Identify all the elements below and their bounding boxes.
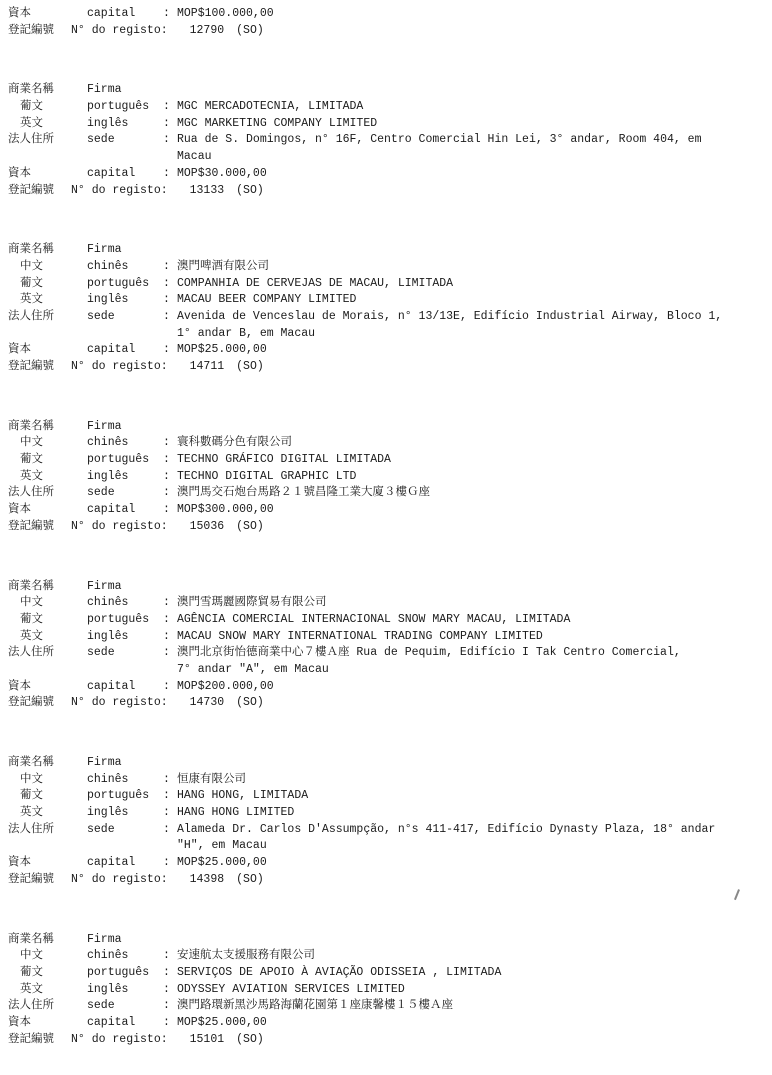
label-cjk: 法人住所	[8, 822, 87, 839]
label-latin: N° do registo:	[71, 1032, 168, 1049]
row-portuguese-name: 葡文português:SERVIÇOS DE APOIO À AVIAÇÃO …	[8, 965, 772, 982]
label-latin: N° do registo:	[71, 519, 168, 536]
label-cjk: 商業名稱	[8, 419, 87, 436]
registo-number: 13133	[190, 183, 225, 200]
label-latin: chinês	[87, 259, 163, 276]
label-latin: N° do registo:	[71, 183, 168, 200]
label-latin: capital	[87, 342, 163, 359]
row-registo: 登記編號N° do registo:13133(SO)	[8, 183, 772, 200]
label-cjk: 商業名稱	[8, 82, 87, 99]
colon: :	[163, 309, 177, 326]
label-latin: N° do registo:	[71, 359, 168, 376]
value: HANG HONG, LIMITADA	[177, 788, 772, 805]
label-cjk: 商業名稱	[8, 932, 87, 949]
registo-suffix: (SO)	[236, 872, 264, 889]
colon: :	[163, 99, 177, 116]
label-latin: sede	[87, 132, 163, 149]
value: "H", em Macau	[177, 838, 772, 855]
label-latin: chinês	[87, 435, 163, 452]
colon: :	[163, 502, 177, 519]
colon: :	[163, 645, 177, 662]
label-cjk: 商業名稱	[8, 579, 87, 596]
label-cjk: 中文	[8, 948, 87, 965]
colon: :	[163, 998, 177, 1015]
label-latin: sede	[87, 645, 163, 662]
value: TECHNO DIGITAL GRAPHIC LTD	[177, 469, 772, 486]
label-cjk: 法人住所	[8, 132, 87, 149]
label-cjk: 中文	[8, 772, 87, 789]
company-record: 商業名稱Firma中文chinês:安速航太支援服務有限公司葡文portuguê…	[8, 932, 772, 1049]
colon: :	[163, 342, 177, 359]
value: ODYSSEY AVIATION SERVICES LIMITED	[177, 982, 772, 999]
colon: :	[163, 485, 177, 502]
label-cjk: 葡文	[8, 788, 87, 805]
registo-number: 12790	[190, 23, 225, 40]
label-latin: Firma	[87, 82, 163, 99]
value: 澳門北京街怡德商業中心７樓Ａ座 Rua de Pequim, Edifício …	[177, 645, 772, 662]
value: Rua de S. Domingos, n° 16F, Centro Comer…	[177, 132, 772, 149]
value: MOP$100.000,00	[177, 6, 772, 23]
row-address: 法人住所sede:Rua de S. Domingos, n° 16F, Cen…	[8, 132, 772, 149]
registo-suffix: (SO)	[236, 695, 264, 712]
label-cjk: 英文	[8, 469, 87, 486]
value: MOP$300.000,00	[177, 502, 772, 519]
label-cjk: 資本	[8, 679, 87, 696]
value: MOP$30.000,00	[177, 166, 772, 183]
label-latin: capital	[87, 1015, 163, 1032]
row-capital: 資本capital:MOP$100.000,00	[8, 6, 772, 23]
label-latin: chinês	[87, 948, 163, 965]
row-english-name: 英文inglês:MACAU SNOW MARY INTERNATIONAL T…	[8, 629, 772, 646]
row-firma: 商業名稱Firma	[8, 419, 772, 436]
label-cjk: 法人住所	[8, 998, 87, 1015]
label-latin: inglês	[87, 982, 163, 999]
value: SERVIÇOS DE APOIO À AVIAÇÃO ODISSEIA , L…	[177, 965, 772, 982]
address-continuation: "H", em Macau	[8, 838, 772, 855]
label-latin: N° do registo:	[71, 695, 168, 712]
label-latin: sede	[87, 485, 163, 502]
row-capital: 資本capital:MOP$25.000,00	[8, 1015, 772, 1032]
value: Avenida de Venceslau de Morais, n° 13/13…	[177, 309, 772, 326]
label-cjk: 商業名稱	[8, 242, 87, 259]
label-cjk: 資本	[8, 342, 87, 359]
label-latin: capital	[87, 502, 163, 519]
label-latin: português	[87, 612, 163, 629]
label-latin: chinês	[87, 772, 163, 789]
row-chinese-name: 中文chinês:安速航太支援服務有限公司	[8, 948, 772, 965]
company-record: 資本capital:MOP$100.000,00登記編號N° do regist…	[8, 6, 772, 39]
row-english-name: 英文inglês:MACAU BEER COMPANY LIMITED	[8, 292, 772, 309]
label-latin: capital	[87, 855, 163, 872]
colon: :	[163, 982, 177, 999]
row-capital: 資本capital:MOP$30.000,00	[8, 166, 772, 183]
label-latin: português	[87, 276, 163, 293]
value: HANG HONG LIMITED	[177, 805, 772, 822]
row-firma: 商業名稱Firma	[8, 82, 772, 99]
value: MOP$200.000,00	[177, 679, 772, 696]
value: 1° andar B, em Macau	[177, 326, 772, 343]
row-chinese-name: 中文chinês:澳門雪瑪麗國際貿易有限公司	[8, 595, 772, 612]
row-portuguese-name: 葡文português:AGÊNCIA COMERCIAL INTERNACIO…	[8, 612, 772, 629]
value: Macau	[177, 149, 772, 166]
label-cjk: 英文	[8, 629, 87, 646]
row-portuguese-name: 葡文português:MGC MERCADOTECNIA, LIMITADA	[8, 99, 772, 116]
label-cjk: 法人住所	[8, 645, 87, 662]
registo-number: 14398	[190, 872, 225, 889]
colon: :	[163, 788, 177, 805]
colon: :	[163, 629, 177, 646]
row-capital: 資本capital:MOP$25.000,00	[8, 855, 772, 872]
label-cjk: 葡文	[8, 276, 87, 293]
label-cjk: 葡文	[8, 452, 87, 469]
label-cjk: 英文	[8, 292, 87, 309]
colon: :	[163, 452, 177, 469]
row-english-name: 英文inglês:ODYSSEY AVIATION SERVICES LIMIT…	[8, 982, 772, 999]
registo-number: 15101	[190, 1032, 225, 1049]
value: MOP$25.000,00	[177, 855, 772, 872]
row-firma: 商業名稱Firma	[8, 242, 772, 259]
colon: :	[163, 822, 177, 839]
registo-suffix: (SO)	[236, 183, 264, 200]
row-english-name: 英文inglês:TECHNO DIGITAL GRAPHIC LTD	[8, 469, 772, 486]
row-address: 法人住所sede:澳門路環新黑沙馬路海蘭花園第１座康馨樓１５樓Ａ座	[8, 998, 772, 1015]
address-continuation: 1° andar B, em Macau	[8, 326, 772, 343]
label-cjk: 中文	[8, 435, 87, 452]
value: TECHNO GRÁFICO DIGITAL LIMITADA	[177, 452, 772, 469]
row-registo: 登記編號N° do registo:14398(SO)	[8, 872, 772, 889]
label-latin: N° do registo:	[71, 23, 168, 40]
row-address: 法人住所sede:Avenida de Venceslau de Morais,…	[8, 309, 772, 326]
row-portuguese-name: 葡文português:TECHNO GRÁFICO DIGITAL LIMIT…	[8, 452, 772, 469]
colon: :	[163, 805, 177, 822]
row-registo: 登記編號N° do registo:15036(SO)	[8, 519, 772, 536]
row-capital: 資本capital:MOP$200.000,00	[8, 679, 772, 696]
value: 寰科數碼分色有限公司	[177, 435, 772, 452]
row-address: 法人住所sede:澳門北京街怡德商業中心７樓Ａ座 Rua de Pequim, …	[8, 645, 772, 662]
label-cjk: 葡文	[8, 612, 87, 629]
label-latin: capital	[87, 679, 163, 696]
company-record: 商業名稱Firma中文chinês:恒康有限公司葡文português:HANG…	[8, 755, 772, 889]
company-record: 商業名稱Firma中文chinês:寰科數碼分色有限公司葡文português:…	[8, 419, 772, 536]
value: 澳門馬交石炮台馬路２１號昌隆工業大廈３樓Ｇ座	[177, 485, 772, 502]
registo-suffix: (SO)	[236, 23, 264, 40]
colon: :	[163, 855, 177, 872]
value: MACAU SNOW MARY INTERNATIONAL TRADING CO…	[177, 629, 772, 646]
label-latin: português	[87, 452, 163, 469]
colon: :	[163, 965, 177, 982]
label-cjk: 中文	[8, 595, 87, 612]
label-cjk: 資本	[8, 855, 87, 872]
label-latin: Firma	[87, 755, 163, 772]
label-cjk: 英文	[8, 116, 87, 133]
colon: :	[163, 276, 177, 293]
value: 7° andar "A", em Macau	[177, 662, 772, 679]
value: MACAU BEER COMPANY LIMITED	[177, 292, 772, 309]
label-latin: inglês	[87, 292, 163, 309]
label-cjk: 資本	[8, 6, 87, 23]
row-portuguese-name: 葡文português:HANG HONG, LIMITADA	[8, 788, 772, 805]
row-firma: 商業名稱Firma	[8, 579, 772, 596]
label-latin: inglês	[87, 116, 163, 133]
label-latin: Firma	[87, 419, 163, 436]
row-firma: 商業名稱Firma	[8, 932, 772, 949]
row-registo: 登記編號N° do registo:14711(SO)	[8, 359, 772, 376]
label-latin: capital	[87, 6, 163, 23]
label-latin: N° do registo:	[71, 872, 168, 889]
row-firma: 商業名稱Firma	[8, 755, 772, 772]
registo-suffix: (SO)	[236, 359, 264, 376]
document-page: 資本capital:MOP$100.000,00登記編號N° do regist…	[0, 0, 772, 1075]
colon: :	[163, 772, 177, 789]
colon: :	[163, 1015, 177, 1032]
label-latin: sede	[87, 309, 163, 326]
colon: :	[163, 259, 177, 276]
colon: :	[163, 435, 177, 452]
label-cjk: 登記編號	[8, 519, 64, 536]
colon: :	[163, 595, 177, 612]
label-cjk: 登記編號	[8, 695, 64, 712]
label-latin: Firma	[87, 242, 163, 259]
label-latin: capital	[87, 166, 163, 183]
colon: :	[163, 469, 177, 486]
company-record: 商業名稱Firma中文chinês:澳門啤酒有限公司葡文português:CO…	[8, 242, 772, 376]
label-latin: sede	[87, 822, 163, 839]
registo-number: 15036	[190, 519, 225, 536]
label-latin: inglês	[87, 469, 163, 486]
row-capital: 資本capital:MOP$300.000,00	[8, 502, 772, 519]
registo-number: 14730	[190, 695, 225, 712]
row-registo: 登記編號N° do registo:15101(SO)	[8, 1032, 772, 1049]
label-latin: português	[87, 99, 163, 116]
value: 澳門路環新黑沙馬路海蘭花園第１座康馨樓１５樓Ａ座	[177, 998, 772, 1015]
label-cjk: 法人住所	[8, 485, 87, 502]
label-cjk: 葡文	[8, 965, 87, 982]
row-capital: 資本capital:MOP$25.000,00	[8, 342, 772, 359]
value: MOP$25.000,00	[177, 1015, 772, 1032]
address-continuation: Macau	[8, 149, 772, 166]
label-cjk: 登記編號	[8, 1032, 64, 1049]
registo-number: 14711	[190, 359, 225, 376]
label-cjk: 商業名稱	[8, 755, 87, 772]
row-address: 法人住所sede:澳門馬交石炮台馬路２１號昌隆工業大廈３樓Ｇ座	[8, 485, 772, 502]
value: MGC MARKETING COMPANY LIMITED	[177, 116, 772, 133]
row-registo: 登記編號N° do registo:14730(SO)	[8, 695, 772, 712]
row-registo: 登記編號N° do registo:12790(SO)	[8, 23, 772, 40]
label-cjk: 資本	[8, 1015, 87, 1032]
row-chinese-name: 中文chinês:寰科數碼分色有限公司	[8, 435, 772, 452]
company-record: 商業名稱Firma中文chinês:澳門雪瑪麗國際貿易有限公司葡文portugu…	[8, 579, 772, 713]
company-record: 商業名稱Firma葡文português:MGC MERCADOTECNIA, …	[8, 82, 772, 199]
label-cjk: 英文	[8, 805, 87, 822]
row-english-name: 英文inglês:HANG HONG LIMITED	[8, 805, 772, 822]
registo-suffix: (SO)	[236, 519, 264, 536]
colon: :	[163, 612, 177, 629]
colon: :	[163, 116, 177, 133]
records-list: 資本capital:MOP$100.000,00登記編號N° do regist…	[0, 0, 772, 1048]
label-latin: português	[87, 965, 163, 982]
label-latin: inglês	[87, 629, 163, 646]
label-latin: inglês	[87, 805, 163, 822]
label-cjk: 登記編號	[8, 23, 64, 40]
value: COMPANHIA DE CERVEJAS DE MACAU, LIMITADA	[177, 276, 772, 293]
row-address: 法人住所sede:Alameda Dr. Carlos D'Assumpção,…	[8, 822, 772, 839]
value: AGÊNCIA COMERCIAL INTERNACIONAL SNOW MAR…	[177, 612, 772, 629]
colon: :	[163, 166, 177, 183]
label-cjk: 登記編號	[8, 872, 64, 889]
row-chinese-name: 中文chinês:澳門啤酒有限公司	[8, 259, 772, 276]
colon: :	[163, 132, 177, 149]
label-cjk: 登記編號	[8, 183, 64, 200]
colon: :	[163, 6, 177, 23]
label-cjk: 法人住所	[8, 309, 87, 326]
value: 安速航太支援服務有限公司	[177, 948, 772, 965]
colon: :	[163, 948, 177, 965]
value: 澳門啤酒有限公司	[177, 259, 772, 276]
colon: :	[163, 679, 177, 696]
label-cjk: 登記編號	[8, 359, 64, 376]
label-cjk: 資本	[8, 502, 87, 519]
label-cjk: 英文	[8, 982, 87, 999]
label-cjk: 中文	[8, 259, 87, 276]
row-english-name: 英文inglês:MGC MARKETING COMPANY LIMITED	[8, 116, 772, 133]
label-latin: sede	[87, 998, 163, 1015]
label-latin: português	[87, 788, 163, 805]
registo-suffix: (SO)	[236, 1032, 264, 1049]
colon: :	[163, 292, 177, 309]
label-cjk: 葡文	[8, 99, 87, 116]
value: MGC MERCADOTECNIA, LIMITADA	[177, 99, 772, 116]
value: 恒康有限公司	[177, 772, 772, 789]
label-cjk: 資本	[8, 166, 87, 183]
label-latin: Firma	[87, 579, 163, 596]
row-portuguese-name: 葡文português:COMPANHIA DE CERVEJAS DE MAC…	[8, 276, 772, 293]
value: MOP$25.000,00	[177, 342, 772, 359]
value: 澳門雪瑪麗國際貿易有限公司	[177, 595, 772, 612]
address-continuation: 7° andar "A", em Macau	[8, 662, 772, 679]
value: Alameda Dr. Carlos D'Assumpção, n°s 411-…	[177, 822, 772, 839]
label-latin: chinês	[87, 595, 163, 612]
row-chinese-name: 中文chinês:恒康有限公司	[8, 772, 772, 789]
label-latin: Firma	[87, 932, 163, 949]
